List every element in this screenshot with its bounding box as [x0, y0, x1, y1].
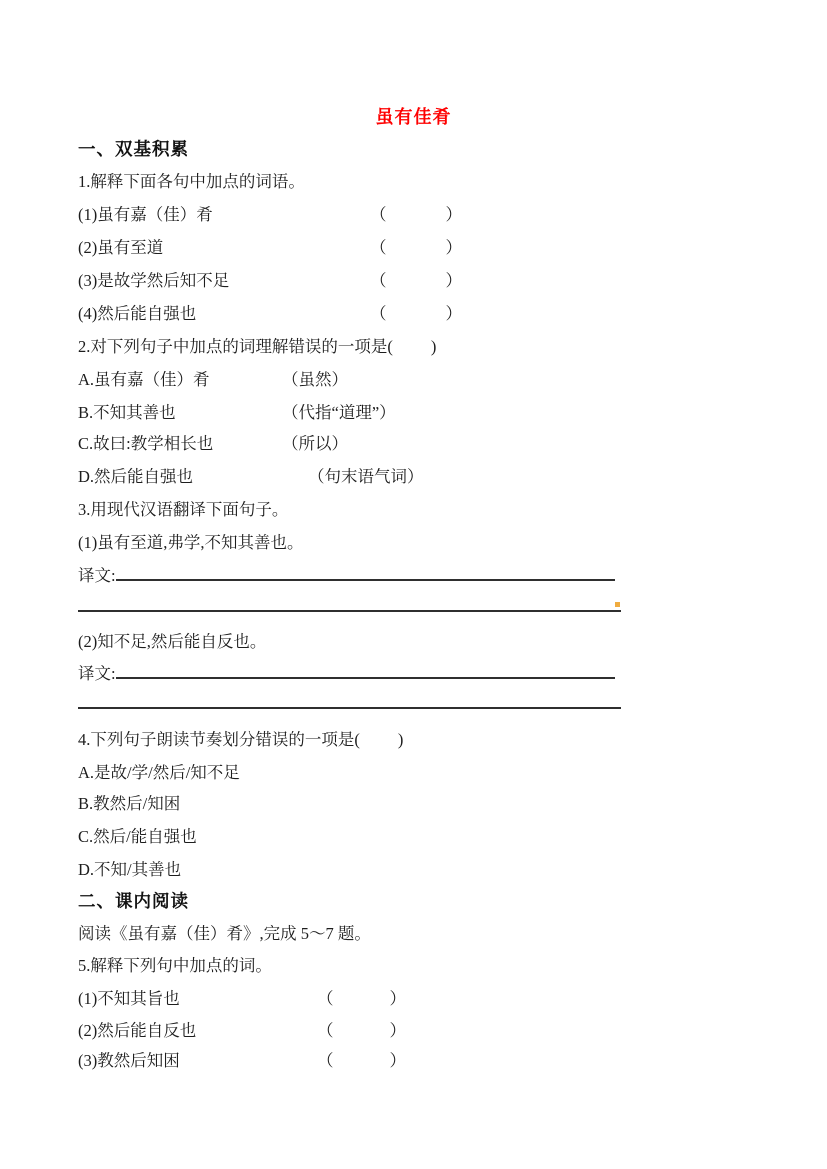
q4-option-d: D.不知/其善也	[78, 857, 181, 883]
q4-option-a: A.是故/学/然后/知不足	[78, 760, 240, 786]
q3-translation-1: 译文:	[78, 562, 615, 588]
q1-stem: 1.解释下面各句中加点的词语。	[78, 169, 305, 195]
q1-item-3-text: (3)是故学然后知不足	[78, 271, 229, 290]
paren-close: ）	[390, 1021, 407, 1040]
paren-close: ）	[390, 989, 407, 1008]
paren-open: （	[317, 1021, 334, 1040]
paren-close: ）	[446, 271, 463, 290]
q4-option-c: C.然后/能自强也	[78, 824, 197, 850]
answer-parens: （）	[370, 202, 462, 228]
translation-blank-line-4	[78, 707, 621, 709]
q5-item-2-text: (2)然后能自反也	[78, 1021, 196, 1040]
answer-parens: （）	[370, 301, 462, 327]
q2-option-d-note: （句末语气词）	[308, 464, 424, 490]
paren-open: （	[370, 271, 387, 290]
paren-open: （	[370, 238, 387, 257]
q3-item-2: (2)知不足,然后能自反也。	[78, 629, 266, 655]
translation-label: 译文:	[78, 664, 116, 683]
q2-stem-text: 2.对下列句子中加点的词理解错误的一项是	[78, 337, 387, 356]
answer-parens: （）	[317, 1048, 406, 1074]
inline-paren-open: (	[354, 730, 360, 749]
translation-blank-line	[116, 660, 615, 679]
q5-item-1-text: (1)不知其旨也	[78, 989, 180, 1008]
paren-open: （	[370, 304, 387, 323]
paren-open: （	[317, 1051, 334, 1070]
q1-item-2-text: (2)虽有至道	[78, 238, 163, 257]
q2-stem: 2.对下列句子中加点的词理解错误的一项是()	[78, 334, 436, 360]
translation-blank-line	[116, 562, 615, 581]
q2-option-c-note: （所以）	[282, 431, 348, 457]
paren-open: （	[370, 205, 387, 224]
q2-option-c: C.故曰:教学相长也 （所以）	[78, 431, 213, 457]
q2-option-b: B.不知其善也 （代指“道理”）	[78, 400, 176, 426]
q1-item-1-text: (1)虽有嘉（佳）肴	[78, 205, 213, 224]
paren-close: ）	[446, 205, 463, 224]
paren-close: ）	[446, 304, 463, 323]
q2-option-b-text: B.不知其善也	[78, 403, 176, 422]
q5-item-2: (2)然后能自反也 （）	[78, 1018, 196, 1044]
q1-item-1: (1)虽有嘉（佳）肴 （）	[78, 202, 213, 228]
q4-stem-text: 4.下列句子朗读节奏划分错误的一项是	[78, 730, 354, 749]
translation-label: 译文:	[78, 566, 116, 585]
paren-close: ）	[446, 238, 463, 257]
q3-stem: 3.用现代汉语翻译下面句子。	[78, 497, 288, 523]
q3-item-1: (1)虽有至道,弗学,不知其善也。	[78, 530, 304, 556]
inline-paren-close: )	[431, 337, 437, 356]
q2-option-d-text: D.然后能自强也	[78, 467, 193, 486]
q5-item-3: (3)教然后知困 （）	[78, 1048, 180, 1074]
paren-close: ）	[390, 1051, 407, 1070]
translation-blank-line-2	[78, 610, 621, 612]
section-1-heading: 一、双基积累	[78, 136, 189, 162]
reading-intro: 阅读《虽有嘉（佳）肴》,完成 5～7 题。	[78, 921, 371, 947]
answer-parens: （）	[317, 986, 406, 1012]
answer-parens: （）	[317, 1018, 406, 1044]
q2-option-b-note: （代指“道理”）	[282, 400, 396, 426]
q5-stem: 5.解释下列句中加点的词。	[78, 953, 272, 979]
q2-option-a-text: A.虽有嘉（佳）肴	[78, 370, 210, 389]
orange-speck-artifact	[615, 602, 620, 607]
q2-option-c-text: C.故曰:教学相长也	[78, 434, 213, 453]
q1-item-3: (3)是故学然后知不足 （）	[78, 268, 229, 294]
q3-translation-2: 译文:	[78, 660, 615, 686]
q2-option-a-note: （虽然）	[282, 367, 348, 393]
paren-open: （	[317, 989, 334, 1008]
inline-paren-open: (	[387, 337, 393, 356]
q5-item-3-text: (3)教然后知困	[78, 1051, 180, 1070]
q2-option-d: D.然后能自强也 （句末语气词）	[78, 464, 193, 490]
page-title: 虽有佳肴	[0, 104, 827, 130]
q4-option-b: B.教然后/知困	[78, 791, 180, 817]
answer-parens: （）	[370, 268, 462, 294]
answer-parens: （）	[370, 235, 462, 261]
q4-stem: 4.下列句子朗读节奏划分错误的一项是()	[78, 727, 403, 753]
worksheet-page: 虽有佳肴 一、双基积累 1.解释下面各句中加点的词语。 (1)虽有嘉（佳）肴 （…	[0, 0, 827, 1169]
inline-paren-close: )	[398, 730, 404, 749]
q5-item-1: (1)不知其旨也 （）	[78, 986, 180, 1012]
q1-item-4-text: (4)然后能自强也	[78, 304, 196, 323]
section-2-heading: 二、课内阅读	[78, 888, 189, 914]
q1-item-2: (2)虽有至道 （）	[78, 235, 163, 261]
q1-item-4: (4)然后能自强也 （）	[78, 301, 196, 327]
q2-option-a: A.虽有嘉（佳）肴 （虽然）	[78, 367, 210, 393]
